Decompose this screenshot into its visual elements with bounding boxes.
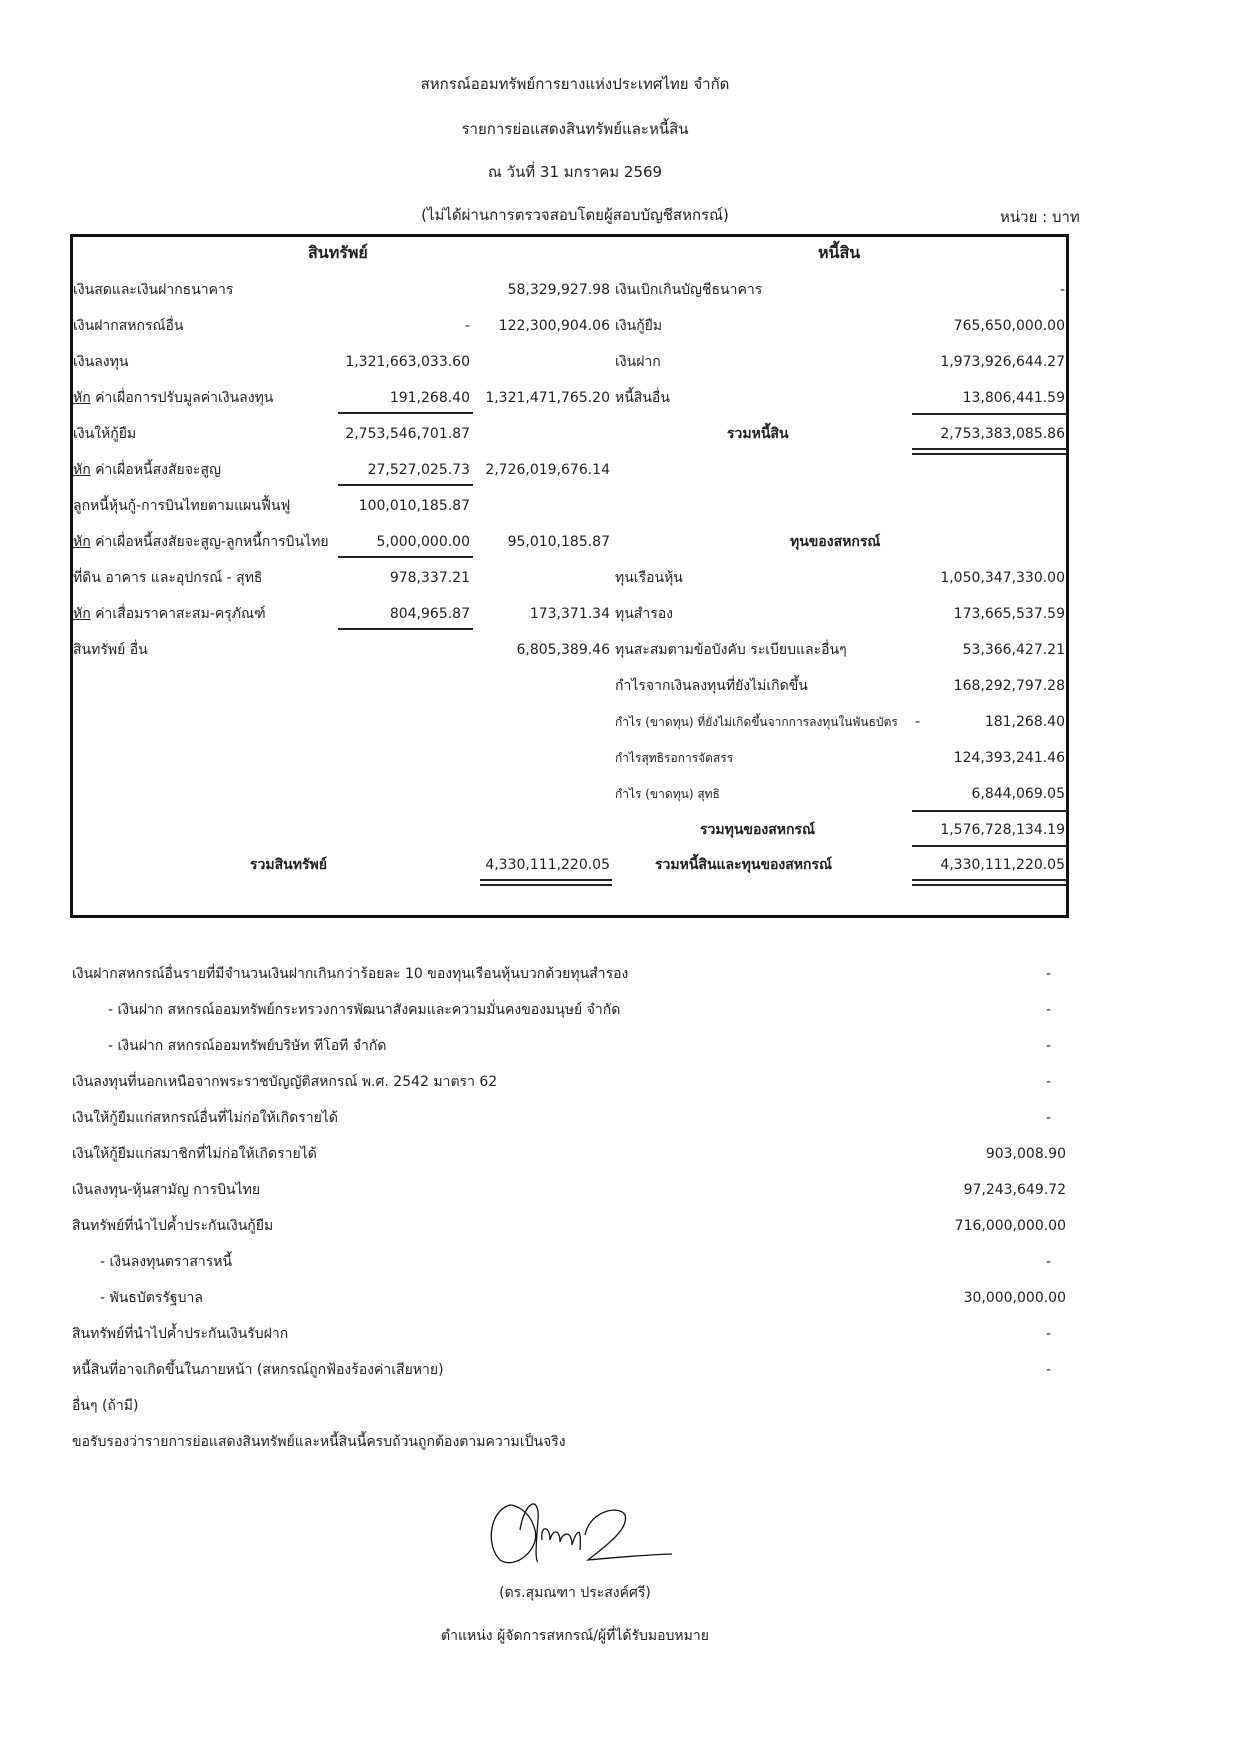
- balance-sheet-table: สินทรัพย์ หนี้สิน เงินสดและเงินฝากธนาคาร…: [70, 234, 1069, 918]
- asset-label: ค่าเผื่อหนี้สงสัยจะสูญ: [91, 462, 221, 478]
- equity-amount: 53,366,427.21: [915, 640, 1065, 660]
- note-label: เงินลงทุนที่นอกเหนือจากพระราชบัญญัติสหกร…: [72, 1072, 497, 1092]
- unit-label: หน่วย : บาท: [1000, 205, 1082, 229]
- total-assets-double-underline: [480, 879, 612, 886]
- asset-sub-amount: 804,965.87: [320, 604, 470, 624]
- equity-heading: ทุนของสหกรณ์: [790, 532, 880, 552]
- note-label: - เงินฝาก สหกรณ์ออมทรัพย์กระทรวงการพัฒนา…: [108, 1000, 620, 1020]
- note-label: - เงินฝาก สหกรณ์ออมทรัพย์บริษัท ทีโอที จ…: [108, 1036, 386, 1056]
- total-assets-label: รวมสินทรัพย์: [250, 855, 327, 875]
- note-label: เงินให้กู้ยืมแก่สหกรณ์อื่นที่ไม่ก่อให้เก…: [72, 1108, 338, 1128]
- less-prefix: หัก: [73, 462, 91, 478]
- asset-sub-amount: 5,000,000.00: [320, 532, 470, 552]
- subtotal-underline: [338, 628, 473, 630]
- liability-amount: 1,973,926,644.27: [915, 352, 1065, 372]
- asset-total-amount: 2,726,019,676.14: [460, 460, 610, 480]
- subtotal-underline: [338, 556, 473, 558]
- asset-label: ที่ดิน อาคาร และอุปกรณ์ - สุทธิ: [73, 570, 262, 586]
- asset-row-label: เงินฝากสหกรณ์อื่น: [73, 316, 183, 336]
- less-prefix: หัก: [73, 606, 91, 622]
- asset-sub-amount: 27,527,025.73: [320, 460, 470, 480]
- equity-label: ทุนสำรอง: [615, 604, 673, 624]
- asset-row-label: ลูกหนี้หุ้นกู้-การบินไทยตามแผนฟื้นฟู: [73, 496, 290, 516]
- note-label: เงินฝากสหกรณ์อื่นรายที่มีจำนวนเงินฝากเกิ…: [72, 964, 628, 984]
- asset-label: เงินให้กู้ยืม: [73, 426, 136, 442]
- liabilities-heading: หนี้สิน: [818, 243, 860, 263]
- asset-sub-amount: 978,337.21: [320, 568, 470, 588]
- note-label: สินทรัพย์ที่นำไปค้ำประกันเงินรับฝาก: [72, 1324, 288, 1344]
- asset-sub-amount: 2,753,546,701.87: [320, 424, 470, 444]
- note-label: เงินให้กู้ยืมแก่สมาชิกที่ไม่ก่อให้เกิดรา…: [72, 1144, 317, 1164]
- asset-row-label: สินทรัพย์ อื่น: [73, 640, 148, 660]
- equity-underline: [912, 810, 1067, 812]
- liability-label: หนี้สินอื่น: [615, 388, 670, 408]
- note-label: สินทรัพย์ที่นำไปค้ำประกันเงินกู้ยืม: [72, 1216, 273, 1236]
- asset-sub-amount: 100,010,185.87: [320, 496, 470, 516]
- note-amount: -: [1046, 1000, 1051, 1020]
- note-label: - เงินลงทุนตราสารหนี้: [100, 1252, 232, 1272]
- asset-label: ลูกหนี้หุ้นกู้-การบินไทยตามแผนฟื้นฟู: [73, 498, 290, 514]
- subtotal-underline: [338, 484, 473, 486]
- grand-total-amount: 4,330,111,220.05: [915, 855, 1065, 875]
- assets-heading: สินทรัพย์: [308, 243, 368, 263]
- equity-amount: 6,844,069.05: [915, 784, 1065, 804]
- liability-label: เงินเบิกเกินบัญชีธนาคาร: [615, 280, 762, 300]
- total-liabilities-label: รวมหนี้สิน: [727, 424, 789, 444]
- equity-amount: 124,393,241.46: [915, 748, 1065, 768]
- report-date: ณ วันที่ 31 มกราคม 2569: [0, 160, 1150, 184]
- note-amount: -: [1046, 1324, 1051, 1344]
- less-prefix: หัก: [73, 390, 91, 406]
- asset-sub-amount: -: [320, 316, 470, 336]
- asset-total-amount: 1,321,471,765.20: [460, 388, 610, 408]
- asset-sub-amount: 1,321,663,033.60: [320, 352, 470, 372]
- note-label: หนี้สินที่อาจเกิดขึ้นในภายหน้า (สหกรณ์ถู…: [72, 1360, 444, 1380]
- note-label: - พันธบัตรรัฐบาล: [100, 1288, 203, 1308]
- subtotal-underline: [338, 412, 473, 414]
- asset-label: ค่าเผื่อการปรับมูลค่าเงินลงทุน: [91, 390, 274, 406]
- asset-row-label: หัก ค่าเผื่อหนี้สงสัยจะสูญ-ลูกหนี้การบิน…: [73, 532, 329, 552]
- asset-row-label: เงินสดและเงินฝากธนาคาร: [73, 280, 233, 300]
- equity-total-underline: [912, 845, 1067, 847]
- less-prefix: หัก: [73, 534, 91, 550]
- note-amount: -: [1046, 1108, 1051, 1128]
- liabilities-underline: [912, 413, 1067, 415]
- asset-row-label: หัก ค่าเสื่อมราคาสะสม-ครุภัณฑ์: [73, 604, 266, 624]
- asset-sub-amount: 191,268.40: [320, 388, 470, 408]
- report-title: รายการย่อแสดงสินทรัพย์และหนี้สิน: [0, 117, 1150, 141]
- grand-total-label: รวมหนี้สินและทุนของสหกรณ์: [655, 855, 832, 875]
- note-amount: -: [1046, 1072, 1051, 1092]
- note-label: เงินลงทุน-หุ้นสามัญ การบินไทย: [72, 1180, 260, 1200]
- equity-label: กำไรสุทธิรอการจัดสรร: [615, 748, 733, 768]
- asset-label: เงินลงทุน: [73, 354, 128, 370]
- equity-label: กำไร (ขาดทุน) สุทธิ: [615, 784, 720, 804]
- asset-total-amount: 173,371.34: [460, 604, 610, 624]
- asset-row-label: หัก ค่าเผื่อหนี้สงสัยจะสูญ: [73, 460, 221, 480]
- equity-label: ทุนสะสมตามข้อบังคับ ระเบียบและอื่นๆ: [615, 640, 847, 660]
- asset-row-label: เงินลงทุน: [73, 352, 128, 372]
- signatory-name: (ดร.สุมณฑา ประสงค์ศรี): [0, 1582, 1150, 1604]
- total-assets-amount: 4,330,111,220.05: [460, 855, 610, 875]
- asset-total-amount: 95,010,185.87: [460, 532, 610, 552]
- liabilities-double-underline: [912, 448, 1067, 455]
- asset-total-amount: 58,329,927.98: [460, 280, 610, 300]
- note-amount: 97,243,649.72: [964, 1180, 1066, 1200]
- liability-amount: 13,806,441.59: [915, 388, 1065, 408]
- asset-row-label: หัก ค่าเผื่อการปรับมูลค่าเงินลงทุน: [73, 388, 273, 408]
- asset-label: สินทรัพย์ อื่น: [73, 642, 148, 658]
- signatory-position: ตำแหน่ง ผู้จัดการสหกรณ์/ผู้ที่ได้รับมอบห…: [0, 1625, 1150, 1647]
- equity-label: ทุนเรือนหุ้น: [615, 568, 683, 588]
- signature-image: [480, 1490, 700, 1570]
- note-label: ขอรับรองว่ารายการย่อแสดงสินทรัพย์และหนี้…: [72, 1432, 566, 1452]
- liability-label: เงินกู้ยืม: [615, 316, 662, 336]
- note-amount: -: [1046, 1252, 1051, 1272]
- note-amount: 716,000,000.00: [955, 1216, 1066, 1236]
- note-label: อื่นๆ (ถ้ามี): [72, 1396, 138, 1416]
- asset-label: เงินฝากสหกรณ์อื่น: [73, 318, 183, 334]
- equity-label: กำไรจากเงินลงทุนที่ยังไม่เกิดขึ้น: [615, 676, 808, 696]
- liability-label: เงินฝาก: [615, 352, 661, 372]
- equity-amount: 1,050,347,330.00: [915, 568, 1065, 588]
- asset-label: ค่าเสื่อมราคาสะสม-ครุภัณฑ์: [91, 606, 266, 622]
- signature-icon: [480, 1490, 700, 1570]
- equity-amount: 168,292,797.28: [915, 676, 1065, 696]
- grand-total-double-underline: [912, 879, 1067, 886]
- liability-amount: -: [915, 280, 1065, 300]
- note-amount: -: [1046, 1360, 1051, 1380]
- total-equity-label: รวมทุนของสหกรณ์: [700, 820, 815, 840]
- org-name: สหกรณ์ออมทรัพย์การยางแห่งประเทศไทย จำกัด: [0, 72, 1150, 96]
- equity-amount: 173,665,537.59: [915, 604, 1065, 624]
- total-liabilities-amount: 2,753,383,085.86: [915, 424, 1065, 444]
- asset-label: ค่าเผื่อหนี้สงสัยจะสูญ-ลูกหนี้การบินไทย: [91, 534, 329, 550]
- asset-total-amount: 6,805,389.46: [460, 640, 610, 660]
- asset-row-label: ที่ดิน อาคาร และอุปกรณ์ - สุทธิ: [73, 568, 262, 588]
- note-amount: 903,008.90: [986, 1144, 1066, 1164]
- equity-label: กำไร (ขาดทุน) ที่ยังไม่เกิดขึ้นจากการลงท…: [615, 712, 898, 732]
- liability-amount: 765,650,000.00: [915, 316, 1065, 336]
- note-amount: 30,000,000.00: [964, 1288, 1066, 1308]
- asset-total-amount: 122,300,904.06: [460, 316, 610, 336]
- equity-amount: 181,268.40: [915, 712, 1065, 732]
- asset-label: เงินสดและเงินฝากธนาคาร: [73, 282, 233, 298]
- audit-note: (ไม่ได้ผ่านการตรวจสอบโดยผู้สอบบัญชีสหกรณ…: [0, 203, 1150, 227]
- note-amount: -: [1046, 1036, 1051, 1056]
- total-equity-amount: 1,576,728,134.19: [915, 820, 1065, 840]
- asset-row-label: เงินให้กู้ยืม: [73, 424, 136, 444]
- note-amount: -: [1046, 964, 1051, 984]
